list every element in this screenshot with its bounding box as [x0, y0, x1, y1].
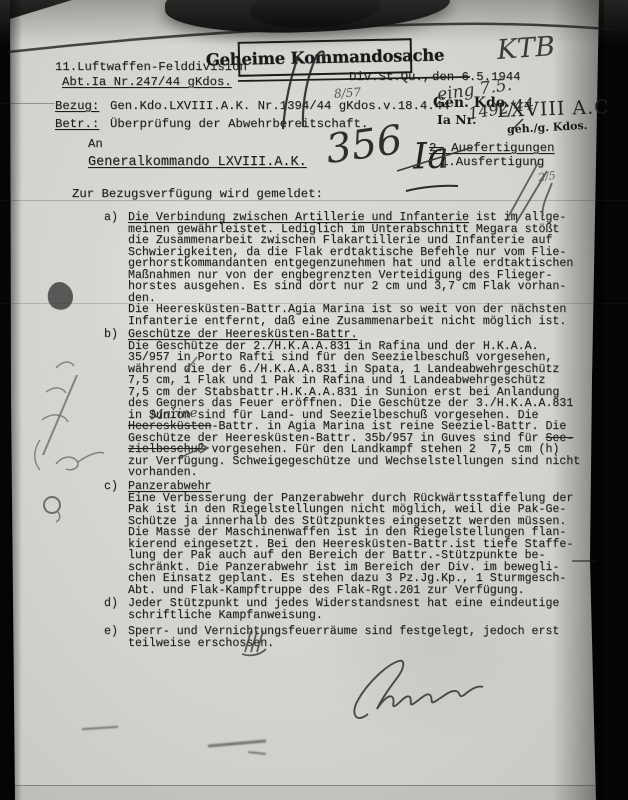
- bezug-text: Gen.Kdo.LXVIII.A.K. Nr.1394/44 gKdos.v.1…: [110, 100, 449, 113]
- item-a-body: meinen gewährleistet. Lediglich im Unter…: [128, 224, 573, 328]
- addressee: Generalkommando LXVIII.A.K.: [88, 157, 307, 169]
- item-b-label: b): [104, 329, 118, 341]
- unit-line-2: Abt.Ia Nr.247/44 gKdos.: [62, 76, 232, 89]
- item-e-body: Sperr- und Vernichtungsfeuerräume sind f…: [128, 626, 559, 649]
- item-d-label: d): [104, 598, 118, 610]
- hw-ktb-note: KTB: [496, 31, 556, 66]
- item-b-body-1: Die Geschütze der 2./H.K.A.A.831 in Rafi…: [128, 341, 573, 422]
- place-line: Div.St.Qu.,: [349, 71, 430, 84]
- item-c-heading: Panzerabwehr: [128, 481, 212, 493]
- item-c-body: Eine Verbesserung der Panzerabwehr durch…: [128, 493, 573, 597]
- item-b-body-2: zur Verfügung. Schweigegeschütze und Wec…: [128, 456, 580, 479]
- copies-word: Ausfertigungen: [444, 141, 555, 155]
- item-b-line10: zielbeschuß vorgesehen. Für den Landkamp…: [128, 444, 559, 456]
- salutation: Zur Bezugsverfügung wird gemeldet:: [72, 188, 323, 201]
- hw-file-note: 8/57: [334, 85, 362, 101]
- item-e-label: e): [104, 626, 118, 638]
- betr-label: Betr.:: [55, 118, 99, 131]
- an-label: An: [88, 138, 103, 151]
- copies-line-2: 1.Ausfertigung: [441, 157, 544, 169]
- item-b-heading: Geschütze der Heeresküsten-Battr.: [128, 329, 358, 341]
- scanned-document: Geheime Kommandosache 11.Luftwaffen-Feld…: [0, 0, 628, 800]
- item-a-lead-line: Die Verbindung zwischen Artillerie und I…: [128, 212, 566, 224]
- unit-line-1: 11.Luftwaffen-Felddivision: [55, 61, 247, 74]
- bezug-label: Bezug:: [55, 100, 99, 113]
- hw-ia-mark: Ia: [412, 135, 449, 177]
- item-a-label: a): [104, 212, 118, 224]
- hw-check-mark: 2/5: [537, 169, 556, 184]
- item-c-label: c): [104, 481, 118, 493]
- item-d-body: Jeder Stützpunkt und jedes Widerstandsne…: [128, 598, 559, 621]
